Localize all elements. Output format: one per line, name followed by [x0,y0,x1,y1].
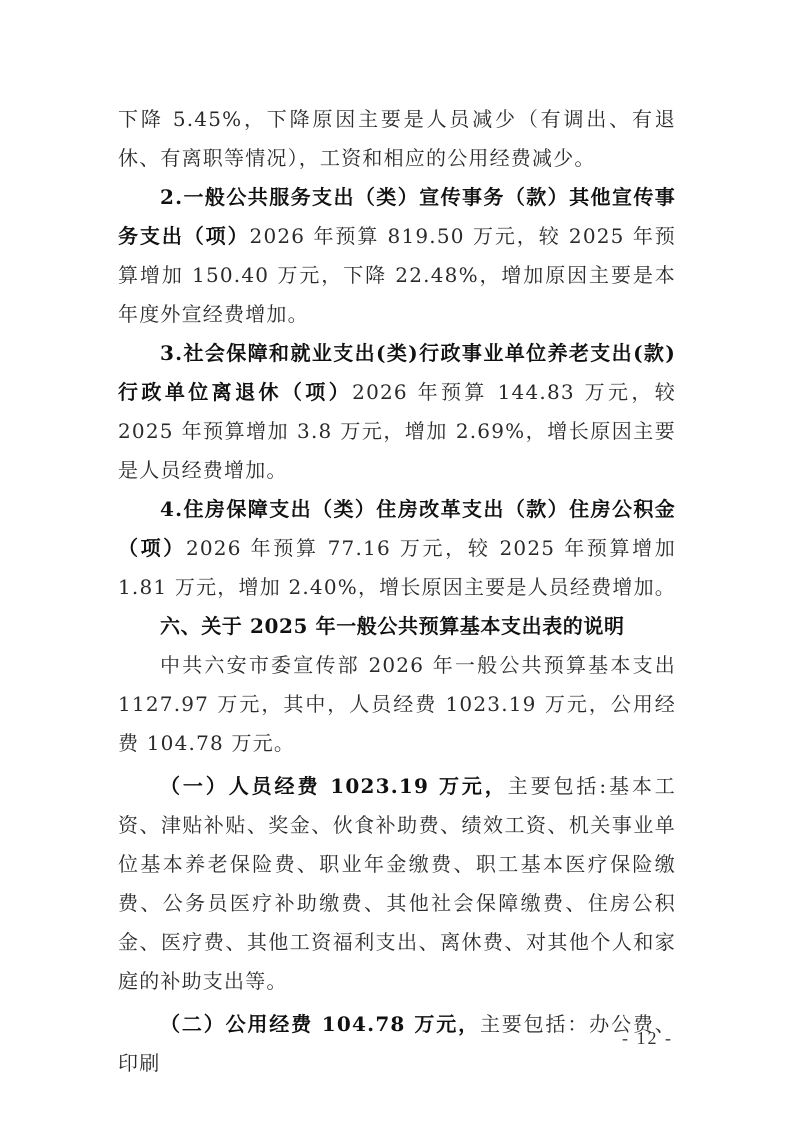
personnel-text: 主要包括:基本工资、津贴补贴、奖金、伙食补助费、绩效工资、机关事业单位基本养老保… [118,774,676,993]
document-page: 下降 5.45%，下降原因主要是人员减少（有调出、有退休、有离职等情况），工资和… [118,100,676,1083]
paragraph-text: 下降 5.45%，下降原因主要是人员减少（有调出、有退休、有离职等情况），工资和… [118,107,676,170]
paragraph-personnel-expenses: （一）人员经费 1023.19 万元，主要包括:基本工资、津贴补贴、奖金、伙食补… [118,767,676,1001]
section-6-heading: 六、关于 2025 年一般公共预算基本支出表的说明 [118,607,676,646]
public-title: （二）公用经费 104.78 万元， [160,1012,480,1036]
paragraph-item-2: 2.一般公共服务支出（类）宣传事务（款）其他宣传事务支出（项）2026 年预算 … [118,178,676,334]
paragraph-item-4: 4.住房保障支出（类）住房改革支出（款）住房公积金（项）2026 年预算 77.… [118,490,676,607]
page-number: - 12 - [622,1028,673,1049]
paragraph-item-3: 3.社会保障和就业支出(类)行政事业单位养老支出(款)行政单位离退休（项）202… [118,334,676,490]
personnel-title: （一）人员经费 1023.19 万元， [160,774,508,798]
item-4-text: 2026 年预算 77.16 万元，较 2025 年预算增加 1.81 万元，增… [118,536,676,599]
section-6-summary: 中共六安市委宣传部 2026 年一般公共预算基本支出 1127.97 万元，其中… [118,646,676,763]
paragraph-decline-reason: 下降 5.45%，下降原因主要是人员减少（有调出、有退休、有离职等情况），工资和… [118,100,676,178]
summary-text: 中共六安市委宣传部 2026 年一般公共预算基本支出 1127.97 万元，其中… [118,653,676,755]
paragraph-public-expenses: （二）公用经费 104.78 万元，主要包括：办公费、印刷 [118,1005,676,1083]
